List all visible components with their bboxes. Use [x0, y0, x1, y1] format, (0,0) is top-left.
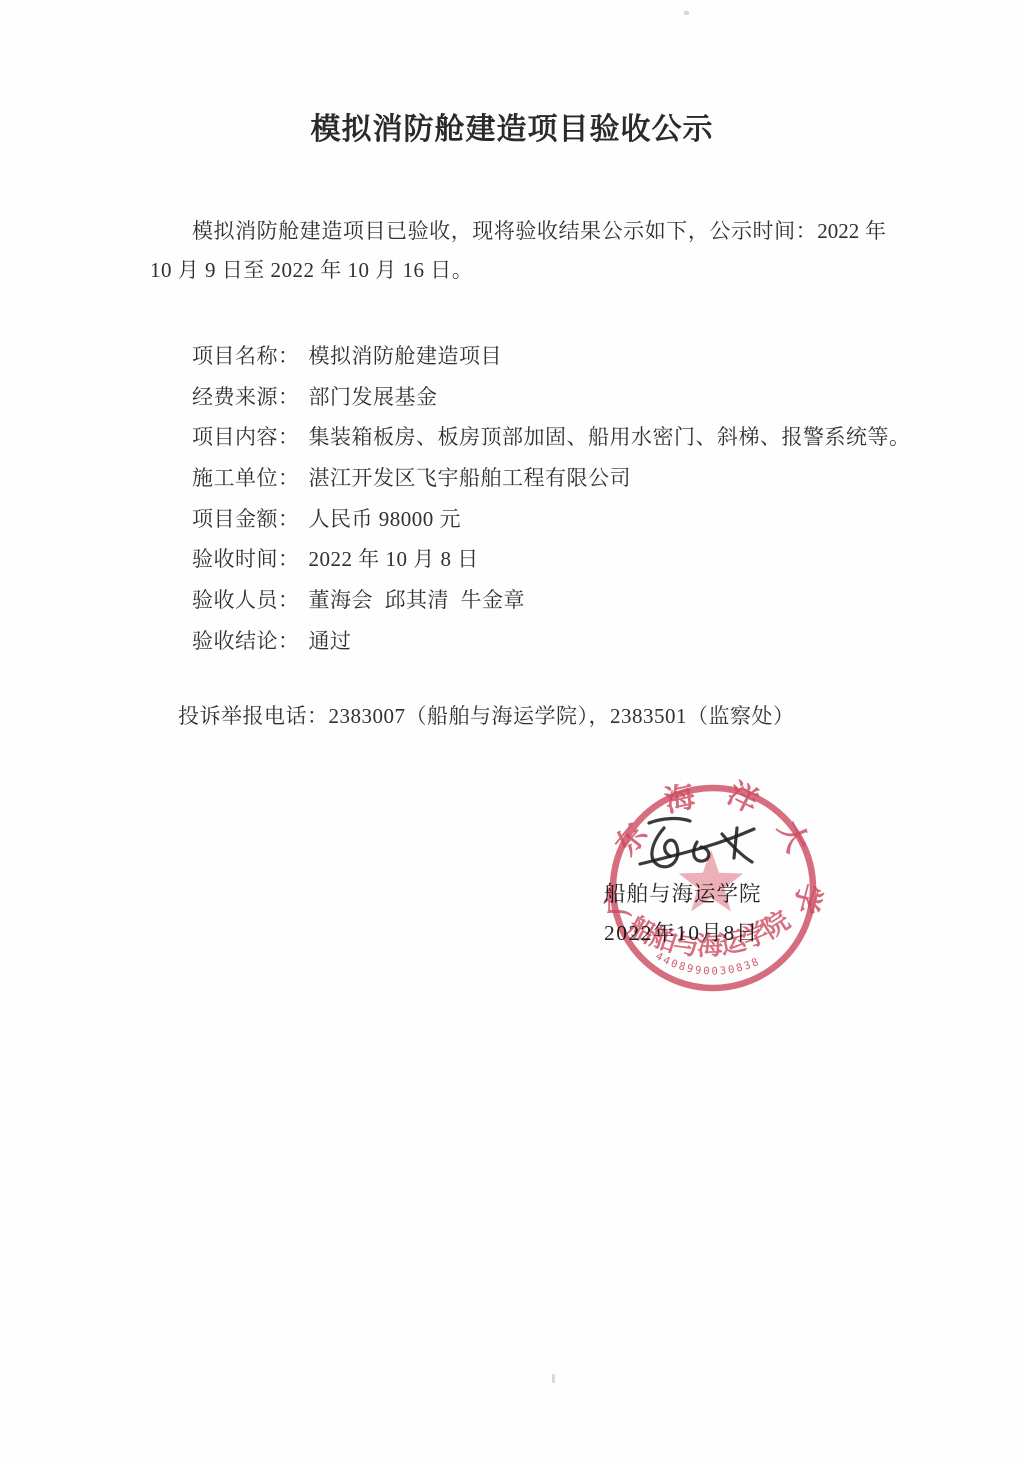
field-list: 项目名称：模拟消防舱建造项目 经费来源：部门发展基金 项目内容：集装箱板房、板房… — [192, 336, 912, 662]
field-row-project-name: 项目名称：模拟消防舱建造项目 — [192, 336, 912, 377]
field-row-funding-source: 经费来源：部门发展基金 — [192, 377, 912, 418]
field-row-contractor: 施工单位：湛江开发区飞宇船舶工程有限公司 — [192, 458, 912, 499]
document-title: 模拟消防舱建造项目验收公示 — [0, 104, 1024, 148]
field-row-acceptance-conclusion: 验收结论：通过 — [192, 621, 912, 662]
field-label: 项目名称： — [192, 344, 300, 368]
field-row-project-content: 项目内容：集装箱板房、板房顶部加固、船用水密门、斜梯、报警系统等。 — [192, 417, 912, 458]
handwritten-signature — [640, 819, 754, 867]
intro-paragraph: 模拟消防舱建造项目已验收，现将验收结果公示如下，公示时间：2022 年 10 月… — [150, 218, 886, 283]
seal-serial-number: 4408990030838 — [653, 950, 762, 977]
field-value: 模拟消防舱建造项目 — [309, 344, 503, 368]
field-value: 人民币 98000 元 — [309, 507, 462, 531]
field-label: 施工单位： — [192, 466, 300, 490]
field-value: 董海会 邱其清 牛金章 — [309, 588, 526, 612]
field-value: 2022 年 10 月 8 日 — [309, 547, 479, 571]
field-label: 验收人员： — [192, 588, 300, 612]
field-value: 通过 — [309, 629, 352, 653]
document-page: 模拟消防舱建造项目验收公示 模拟消防舱建造项目已验收，现将验收结果公示如下，公示… — [0, 0, 1024, 1460]
field-row-project-amount: 项目金额：人民币 98000 元 — [192, 499, 912, 540]
scan-speck — [684, 11, 689, 15]
field-row-acceptance-date: 验收时间：2022 年 10 月 8 日 — [192, 539, 912, 580]
signature-organization: 船舶与海运学院 — [604, 877, 762, 908]
intro-line-2: 10 月 9 日至 2022 年 10 月 16 日。 — [150, 257, 886, 283]
complaint-hotline-line: 投诉举报电话：2383007（船舶与海运学院），2383501（监察处） — [178, 700, 795, 730]
field-label: 项目内容： — [192, 425, 300, 449]
field-value: 湛江开发区飞宇船舶工程有限公司 — [309, 466, 632, 490]
field-label: 项目金额： — [192, 507, 300, 531]
field-value: 集装箱板房、板房顶部加固、船用水密门、斜梯、报警系统等。 — [309, 425, 911, 449]
intro-line-1: 模拟消防舱建造项目已验收，现将验收结果公示如下，公示时间：2022 年 — [150, 218, 886, 244]
field-value: 部门发展基金 — [309, 385, 438, 409]
signature-date: 2022年10月8日 — [604, 916, 759, 947]
field-label: 验收结论： — [192, 629, 300, 653]
field-label: 验收时间： — [192, 547, 300, 571]
field-row-acceptance-personnel: 验收人员：董海会 邱其清 牛金章 — [192, 580, 912, 621]
scan-speck — [552, 1374, 555, 1383]
field-label: 经费来源： — [192, 385, 300, 409]
